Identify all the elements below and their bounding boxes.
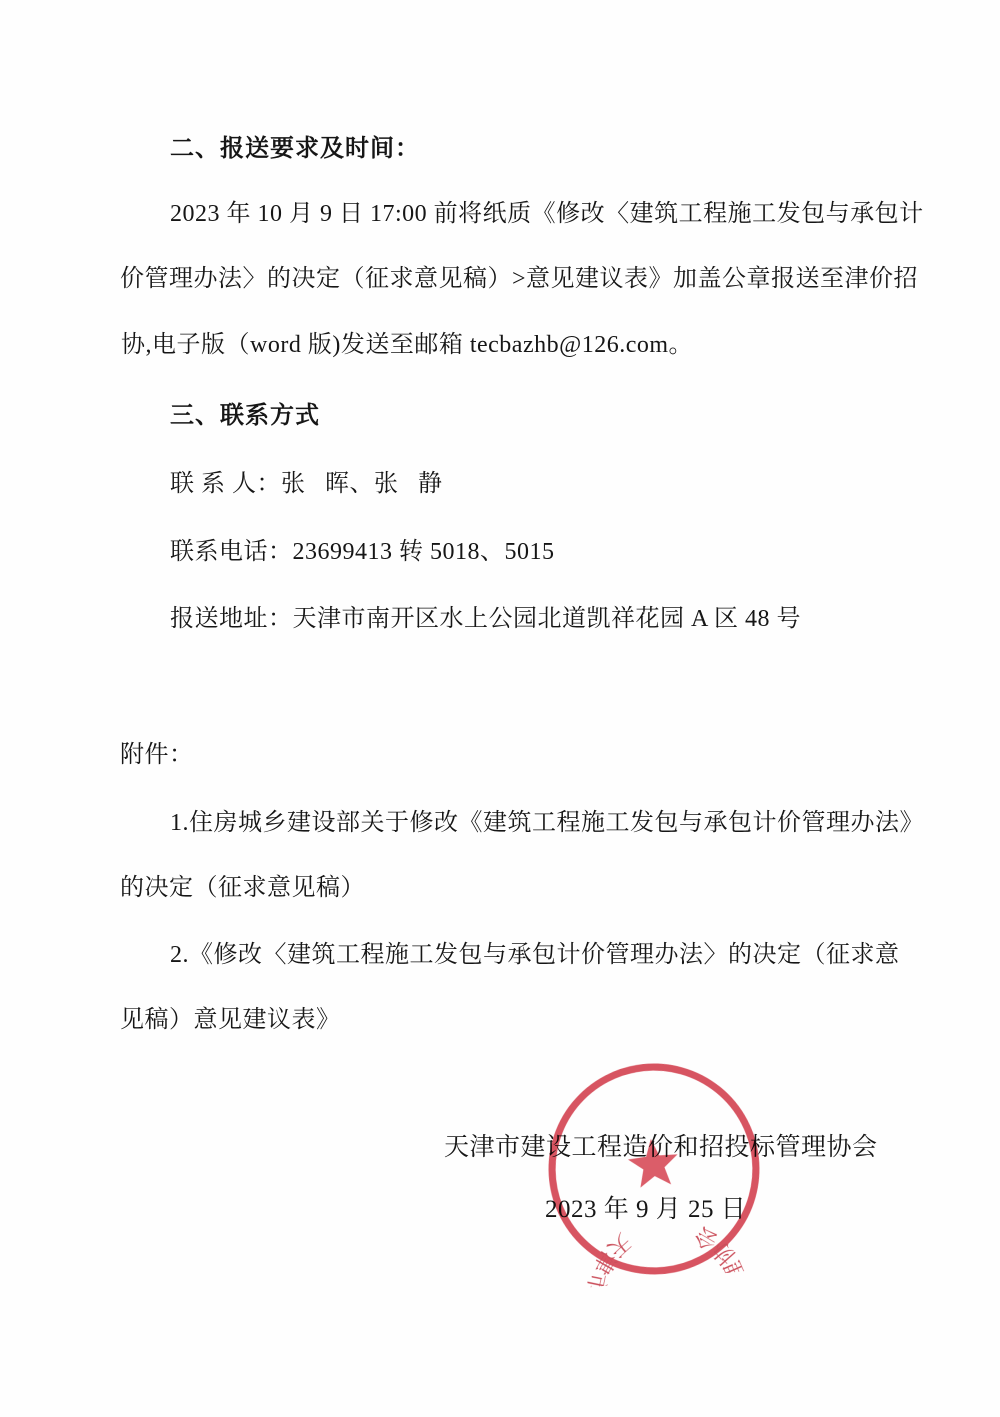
section2-paragraph-line3: 协,电子版（word 版)发送至邮箱 tecbazhb@126.com。 [121, 329, 693, 362]
submit-address-line: 报送地址：天津市南开区水上公园北道凯祥花园 A 区 48 号 [170, 603, 801, 636]
contact-phone-line: 联系电话：23699413 转 5018、5015 [170, 536, 555, 569]
section2-heading: 二、报送要求及时间： [170, 132, 420, 165]
seal-star-icon [626, 1136, 681, 1188]
attachment1-line2: 的决定（征求意见稿） [120, 872, 365, 905]
official-seal: 天津市建设工程造价和招投标管理协会 [532, 1047, 776, 1291]
section3-heading: 三、联系方式 [170, 399, 320, 432]
seal-graphic: 天津市建设工程造价和招投标管理协会 [532, 1047, 776, 1291]
section2-paragraph-line2: 价管理办法〉的决定（征求意见稿）>意见建议表》加盖公章报送至津价招 [120, 263, 918, 296]
contact-person-line: 联 系 人：张 晖、张 静 [170, 468, 443, 501]
attachment2-line2: 见稿）意见建议表》 [120, 1004, 341, 1037]
scanned-document-page: 二、报送要求及时间： 2023 年 10 月 9 日 17:00 前将纸质《修改… [0, 0, 1000, 1417]
attachment2-line1: 2.《修改〈建筑工程施工发包与承包计价管理办法〉的决定（征求意 [170, 939, 900, 972]
section2-paragraph-line1: 2023 年 10 月 9 日 17:00 前将纸质《修改〈建筑工程施工发包与承… [170, 198, 924, 231]
attachments-label: 附件： [120, 739, 194, 772]
attachment1-line1: 1.住房城乡建设部关于修改《建筑工程施工发包与承包计价管理办法》 [170, 807, 924, 840]
